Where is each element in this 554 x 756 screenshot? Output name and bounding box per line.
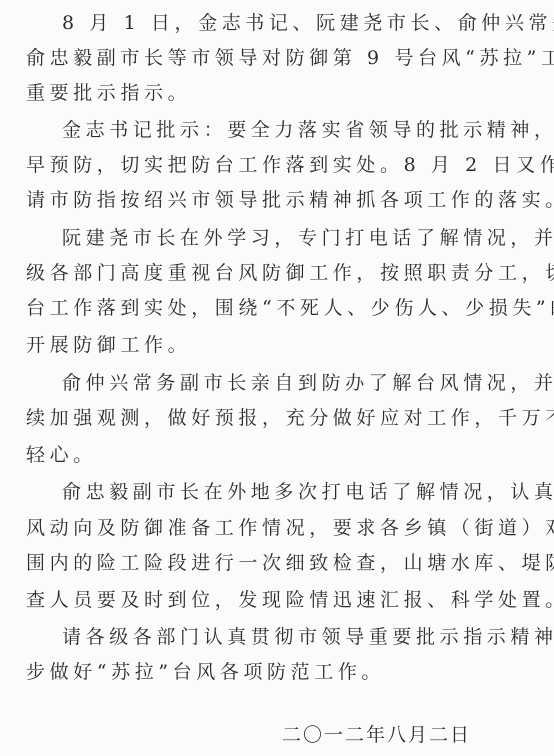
paragraph-5-line-1: 俞忠毅副市长在外地多次打电话了解情况，认真听取台	[62, 480, 554, 504]
paragraph-3-line-1: 阮建尧市长在外学习，专门打电话了解情况，并要求各	[62, 226, 554, 250]
paragraph-1-line-1: 8 月 1 日，金志书记、阮建尧市长、俞仲兴常务副市长、	[62, 11, 554, 35]
document-date: 二〇一二年八月二日	[282, 723, 471, 747]
paragraph-5-line-4: 查人员要及时到位，发现险情迅速汇报、科学处置。	[26, 588, 554, 612]
paragraph-5-line-2: 风动向及防御准备工作情况，要求各乡镇（街道）对所属范	[26, 516, 554, 540]
paragraph-2-line-3: 请市防指按绍兴市领导批示精神抓各项工作的落实。	[26, 188, 554, 212]
paragraph-4-line-2: 续加强观测，做好预报，充分做好应对工作，千万不可掉以	[26, 406, 554, 430]
paragraph-1-line-3: 重要批示指示。	[26, 81, 191, 105]
paragraph-2-line-2: 早预防，切实把防台工作落到实处。8 月 2 日又作出批示：	[26, 153, 554, 177]
paragraph-5-line-3: 围内的险工险段进行一次细致检查，山塘水库、堤防安全巡	[26, 551, 554, 575]
paragraph-4-line-3: 轻心。	[26, 443, 97, 467]
paragraph-6-line-1: 请各级各部门认真贯彻市领导重要批示指示精神，进一	[62, 625, 554, 649]
paragraph-1-line-2: 俞忠毅副市长等市领导对防御第 9 号台风“苏拉”工作作出	[26, 46, 554, 70]
document-page: 8 月 1 日，金志书记、阮建尧市长、俞仲兴常务副市长、 俞忠毅副市长等市领导对…	[0, 0, 554, 756]
paragraph-2-line-1: 金志书记批示：要全力落实省领导的批示精神，早部署、	[62, 118, 554, 142]
paragraph-4-line-1: 俞仲兴常务副市长亲自到防办了解台风情况，并要求继	[62, 371, 554, 395]
paragraph-3-line-3: 台工作落到实处，围绕“不死人、少伤人、少损失”的目标，	[26, 296, 554, 320]
paragraph-6-line-2: 步做好“苏拉”台风各项防范工作。	[26, 660, 385, 684]
paragraph-3-line-4: 开展防御工作。	[26, 333, 191, 357]
paragraph-3-line-2: 级各部门高度重视台风防御工作，按照职责分工，切实把防	[26, 261, 554, 285]
